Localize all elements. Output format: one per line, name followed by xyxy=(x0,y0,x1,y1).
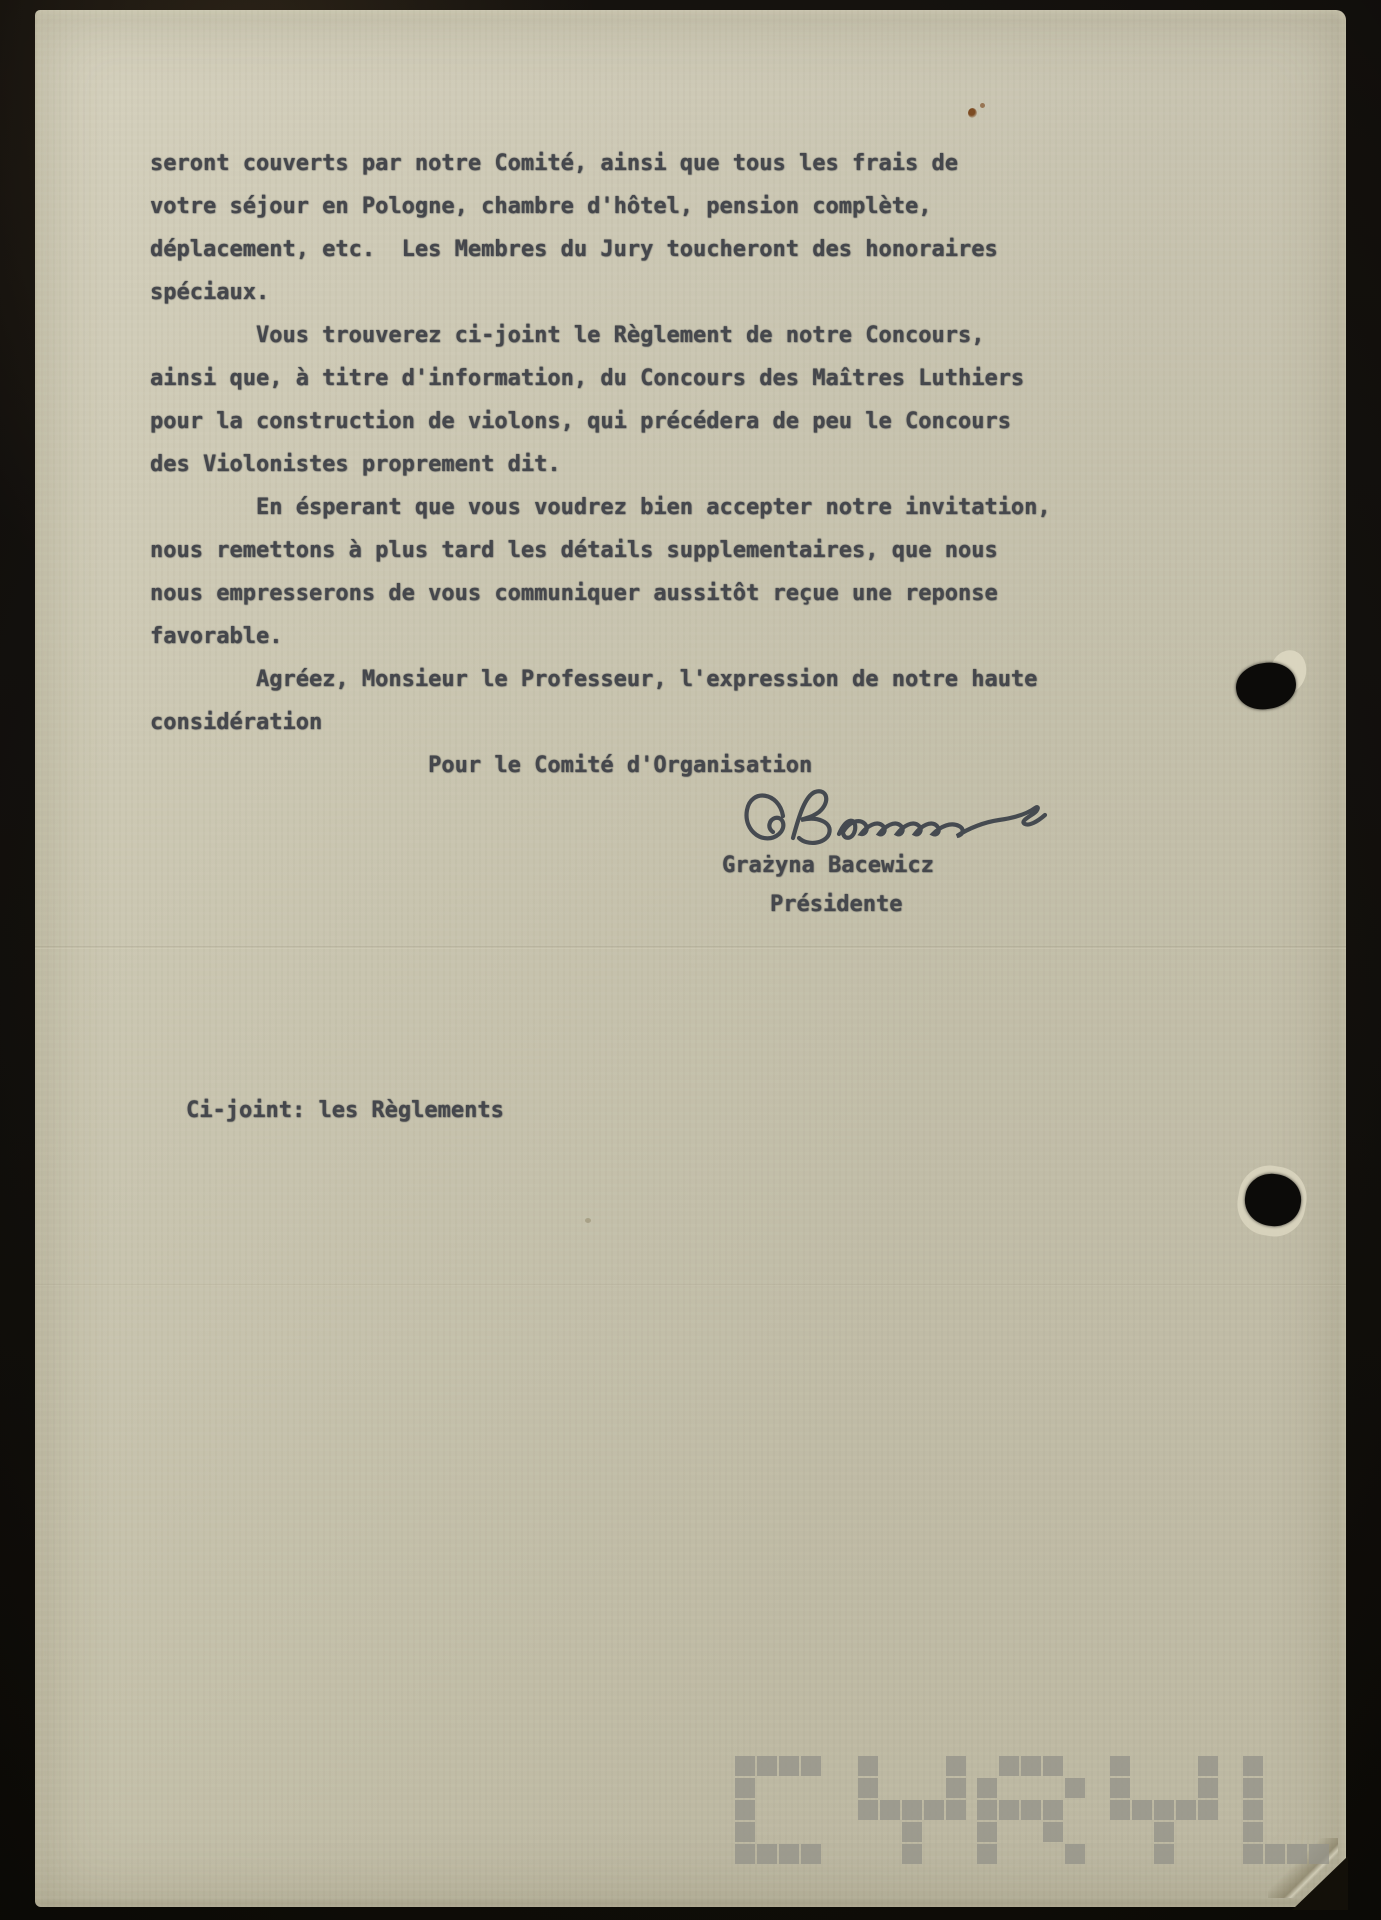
letter-line: des Violonistes proprement dit. xyxy=(150,443,1051,486)
watermark-pixel xyxy=(1065,1778,1085,1798)
watermark-pixel xyxy=(735,1800,755,1820)
watermark-pixel xyxy=(880,1800,900,1820)
watermark-pixel xyxy=(735,1756,755,1776)
letter-line: ainsi que, à titre d'information, du Con… xyxy=(150,357,1051,400)
watermark-pixel xyxy=(1154,1822,1174,1842)
letter-line: votre séjour en Pologne, chambre d'hôtel… xyxy=(150,185,1051,228)
watermark-pixel xyxy=(1198,1800,1218,1820)
cyryl-watermark xyxy=(735,1756,1347,1868)
watermark-pixel xyxy=(977,1800,997,1820)
signatory-title: Présidente xyxy=(770,892,902,917)
watermark-pixel xyxy=(1110,1756,1130,1776)
watermark-pixel xyxy=(1043,1756,1063,1776)
watermark-pixel xyxy=(946,1756,966,1776)
watermark-pixel xyxy=(1198,1778,1218,1798)
watermark-pixel xyxy=(1243,1800,1263,1820)
watermark-pixel xyxy=(1265,1844,1285,1864)
watermark-pixel xyxy=(977,1822,997,1842)
watermark-pixel xyxy=(1176,1800,1196,1820)
watermark-pixel xyxy=(1154,1800,1174,1820)
watermark-pixel xyxy=(735,1778,755,1798)
watermark-pixel xyxy=(735,1822,755,1842)
letter-line: nous empresserons de vous communiquer au… xyxy=(150,572,1051,615)
watermark-pixel xyxy=(1154,1844,1174,1864)
watermark-pixel xyxy=(858,1756,878,1776)
watermark-pixel xyxy=(1021,1800,1041,1820)
letter-line: nous remettons à plus tard les détails s… xyxy=(150,529,1051,572)
typewritten-body: seront couverts par notre Comité, ainsi … xyxy=(150,142,1051,787)
watermark-pixel xyxy=(1021,1756,1041,1776)
watermark-pixel xyxy=(1243,1756,1263,1776)
letter-line: Vous trouverez ci-joint le Règlement de … xyxy=(150,314,1051,357)
signatory-name: Grażyna Bacewicz xyxy=(722,853,934,878)
enclosure-note: Ci-joint: les Règlements xyxy=(186,1098,504,1123)
watermark-pixel xyxy=(999,1756,1019,1776)
watermark-pixel xyxy=(1309,1844,1329,1864)
paper-stain xyxy=(585,1218,591,1223)
watermark-pixel xyxy=(902,1822,922,1842)
letter-line: Agréez, Monsieur le Professeur, l'expres… xyxy=(150,658,1051,701)
watermark-pixel xyxy=(1243,1822,1263,1842)
watermark-pixel xyxy=(779,1844,799,1864)
paper-stain xyxy=(968,108,977,118)
letter-line: considération xyxy=(150,701,1051,744)
watermark-pixel xyxy=(1110,1778,1130,1798)
watermark-pixel xyxy=(1043,1822,1063,1842)
watermark-pixel xyxy=(946,1778,966,1798)
letter-line: pour la construction de violons, qui pré… xyxy=(150,400,1051,443)
letter-line: favorable. xyxy=(150,615,1051,658)
paper-stain xyxy=(980,103,985,108)
watermark-pixel xyxy=(902,1800,922,1820)
watermark-pixel xyxy=(999,1800,1019,1820)
watermark-pixel xyxy=(1243,1778,1263,1798)
watermark-pixel xyxy=(779,1756,799,1776)
watermark-pixel xyxy=(735,1844,755,1864)
letter-line: spéciaux. xyxy=(150,271,1051,314)
watermark-pixel xyxy=(924,1800,944,1820)
watermark-pixel xyxy=(1287,1844,1307,1864)
watermark-pixel xyxy=(801,1844,821,1864)
letter-line: déplacement, etc. Les Membres du Jury to… xyxy=(150,228,1051,271)
watermark-pixel xyxy=(1243,1844,1263,1864)
letter-line: seront couverts par notre Comité, ainsi … xyxy=(150,142,1051,185)
watermark-pixel xyxy=(858,1800,878,1820)
watermark-pixel xyxy=(977,1778,997,1798)
watermark-pixel xyxy=(801,1756,821,1776)
scanned-letter-page: { "letter": { "language": "fr", "body_li… xyxy=(0,0,1381,1920)
watermark-pixel xyxy=(757,1756,777,1776)
watermark-pixel xyxy=(946,1800,966,1820)
watermark-pixel xyxy=(1065,1844,1085,1864)
watermark-pixel xyxy=(977,1844,997,1864)
watermark-pixel xyxy=(1198,1756,1218,1776)
watermark-pixel xyxy=(1132,1800,1152,1820)
letter-line: En ésperant que vous voudrez bien accept… xyxy=(150,486,1051,529)
watermark-pixel xyxy=(757,1844,777,1864)
watermark-pixel xyxy=(1110,1800,1130,1820)
watermark-pixel xyxy=(1043,1800,1063,1820)
watermark-pixel xyxy=(902,1844,922,1864)
watermark-pixel xyxy=(858,1778,878,1798)
